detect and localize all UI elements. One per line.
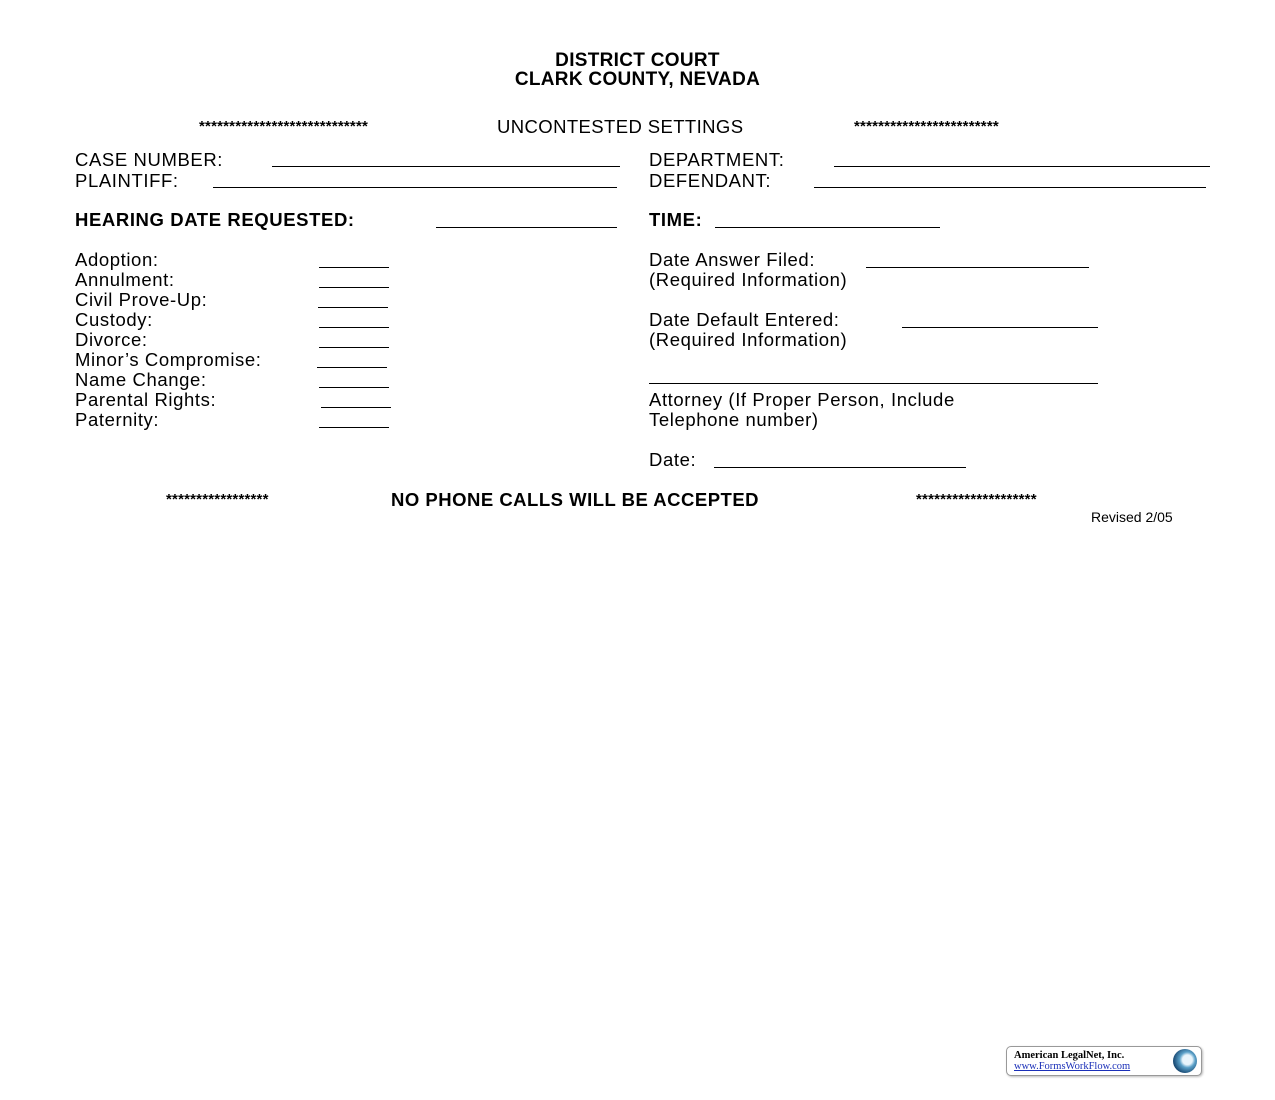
logo-company-name: American LegalNet, Inc. (1014, 1050, 1124, 1061)
defendant-field[interactable] (814, 187, 1206, 188)
american-legalnet-logo: American LegalNet, Inc. www.FormsWorkFlo… (1006, 1046, 1202, 1076)
case-type-label: Adoption: (75, 249, 159, 271)
plaintiff-field[interactable] (213, 187, 617, 188)
case-type-blank[interactable] (319, 287, 389, 288)
attorney-label: Attorney (If Proper Person, Include (649, 389, 955, 411)
case-number-label: CASE NUMBER: (75, 149, 223, 171)
case-type-label: Name Change: (75, 369, 207, 391)
decorative-stars-left: ***************** (166, 491, 269, 508)
department-field[interactable] (834, 166, 1210, 167)
date-default-entered-field[interactable] (902, 327, 1098, 328)
defendant-label: DEFENDANT: (649, 170, 771, 192)
case-type-blank[interactable] (319, 267, 389, 268)
case-type-blank[interactable] (321, 407, 391, 408)
attorney-signature-field[interactable] (649, 383, 1098, 384)
case-type-blank[interactable] (319, 387, 389, 388)
revision-date: Revised 2/05 (1091, 509, 1173, 525)
decorative-stars-right: ************************ (854, 118, 999, 135)
case-type-label: Paternity: (75, 409, 159, 431)
case-type-label: Parental Rights: (75, 389, 216, 411)
form-title: UNCONTESTED SETTINGS (497, 116, 743, 138)
plaintiff-label: PLAINTIFF: (75, 170, 179, 192)
case-type-label: Divorce: (75, 329, 148, 351)
decorative-stars-right: ******************** (916, 491, 1037, 508)
case-type-label: Minor’s Compromise: (75, 349, 262, 371)
date-field[interactable] (714, 467, 966, 468)
no-phone-calls-notice: NO PHONE CALLS WILL BE ACCEPTED (391, 489, 759, 511)
case-type-label: Civil Prove-Up: (75, 289, 207, 311)
date-default-entered-label: Date Default Entered: (649, 309, 840, 331)
case-number-field[interactable] (272, 166, 620, 167)
case-type-label: Custody: (75, 309, 153, 331)
hearing-date-label: HEARING DATE REQUESTED: (75, 209, 355, 231)
decorative-stars-left: **************************** (199, 118, 368, 135)
time-field[interactable] (715, 227, 940, 228)
time-label: TIME: (649, 209, 702, 231)
case-type-blank[interactable] (318, 307, 388, 308)
county-name: CLARK COUNTY, NEVADA (0, 69, 1275, 91)
hearing-date-field[interactable] (436, 227, 617, 228)
case-type-blank[interactable] (319, 427, 389, 428)
logo-url-link[interactable]: www.FormsWorkFlow.com (1014, 1061, 1130, 1072)
required-info-note: (Required Information) (649, 269, 847, 291)
date-answer-filed-label: Date Answer Filed: (649, 249, 815, 271)
case-type-blank[interactable] (317, 367, 387, 368)
attorney-label-continued: Telephone number) (649, 409, 819, 431)
required-info-note: (Required Information) (649, 329, 847, 351)
department-label: DEPARTMENT: (649, 149, 784, 171)
date-answer-filed-field[interactable] (866, 267, 1089, 268)
case-type-blank[interactable] (319, 327, 389, 328)
case-type-blank[interactable] (319, 347, 389, 348)
case-type-label: Annulment: (75, 269, 175, 291)
globe-icon (1173, 1049, 1197, 1073)
date-label: Date: (649, 449, 696, 471)
